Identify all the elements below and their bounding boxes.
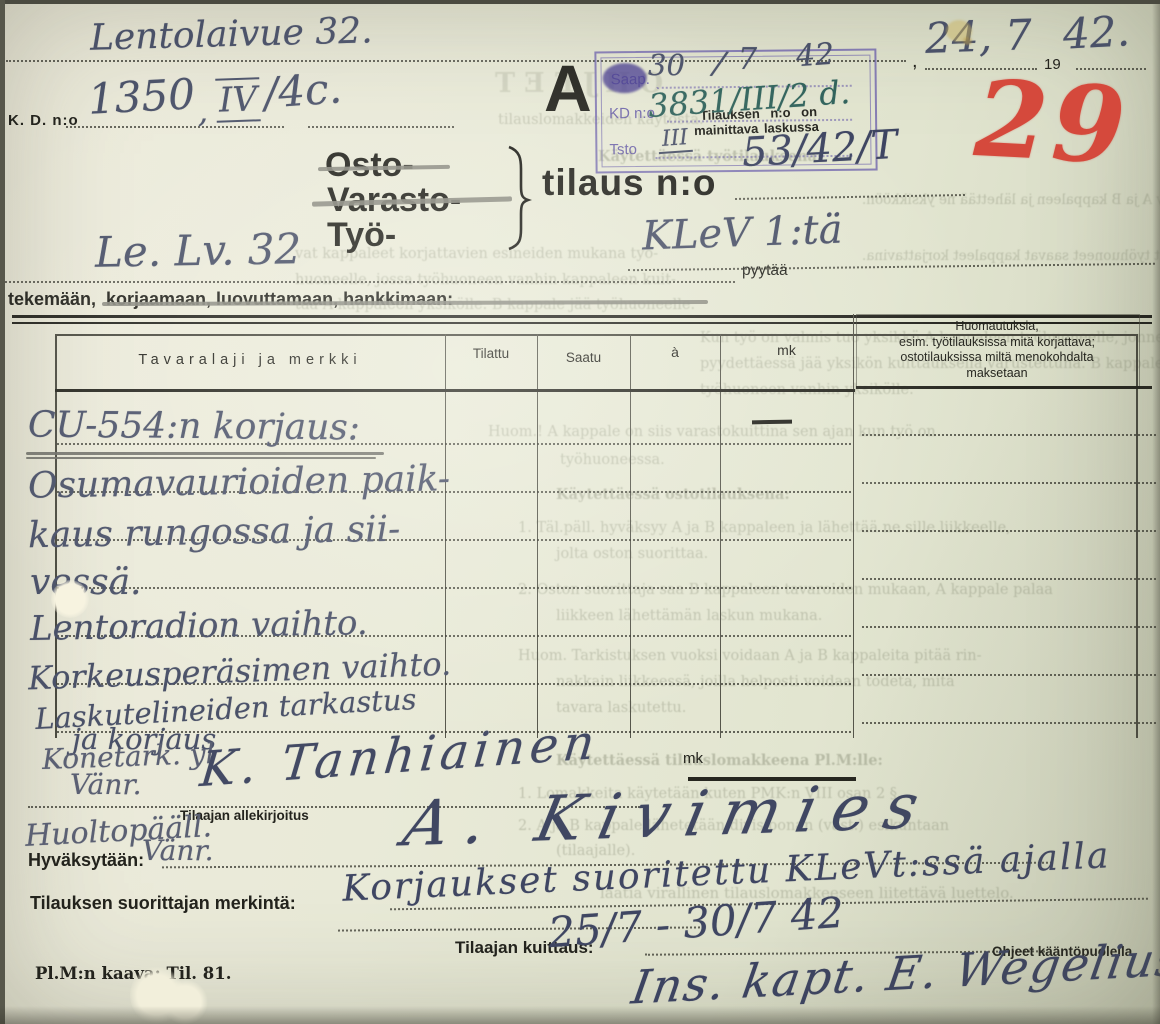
col-mk-header: mk [720, 342, 853, 358]
col-a-header: à [630, 344, 720, 360]
bleed-line: nakkain liikkeessä, joilla helposti void… [556, 674, 955, 690]
orderer-rank-handwritten: Vänr. [70, 768, 142, 801]
entry-title-handwritten: CU-554:n korjaus: [28, 405, 360, 449]
kd-line1 [66, 126, 284, 128]
kd-roman-handwritten: IV [215, 77, 260, 123]
entry-line-handwritten: kaus rungossa ja sii- [28, 509, 401, 556]
target-handwritten: KLeV 1:tä [641, 207, 843, 260]
bleed-line: Käytettäessä tilauslomakkeena Pl.M:lle: [556, 752, 883, 769]
col-line-5 [853, 314, 854, 738]
bleed-line: Huom.! A kappale on siis varastokuittina… [488, 424, 936, 440]
remarks-row-line [862, 482, 1156, 484]
scan-edge-top [0, 0, 1160, 4]
entry-title-underline2 [26, 457, 376, 459]
remarks-header-l1: Huomautuksia, [858, 319, 1136, 335]
comma-printed: , [912, 50, 918, 73]
stamp-tsto-label: Tsto [609, 141, 637, 158]
scan-edge-left [0, 0, 5, 1024]
table-right-border [1136, 334, 1138, 738]
kd-label: K. D. n:o [8, 112, 79, 129]
punch-hole [162, 980, 208, 1024]
col-item-header: Tavaralaji ja merkki [55, 352, 445, 368]
kd-separator: , [198, 92, 208, 130]
pyytaa-label: pyytää [742, 262, 788, 280]
row-line [57, 587, 851, 589]
stamp-tsto-value-handwritten: III [657, 125, 693, 154]
col-line-3 [630, 334, 631, 738]
paper-stain [963, 37, 972, 45]
stamp-year-handwritten: 42 [795, 37, 836, 75]
remarks-header-l4: maksetaan [858, 366, 1136, 382]
kd-rest-handwritten: /4c. [262, 63, 343, 117]
col-line-2 [537, 334, 538, 738]
bleed-line: 2. Oston suorittaja saa B kappaleen tava… [518, 582, 1053, 598]
bleed-line: huoneelle, jossa työhuoneen vanhin kappa… [295, 272, 676, 288]
col-line-4 [720, 334, 721, 738]
kd-line2 [308, 126, 454, 128]
ink-dash [752, 420, 792, 425]
remarks-row-line [862, 530, 1156, 532]
approver-rank-handwritten: Vänr. [142, 834, 214, 867]
verbs-struck: korjaamaan, luovuttamaan, hankkimaan: [106, 289, 453, 310]
mk-total-label: mk [683, 750, 703, 767]
punch-hole [51, 580, 89, 618]
bleed-line: tavara laskutettu. [556, 700, 686, 716]
remarks-header-l3: ostotilauksissa miltä menokohdalta [858, 350, 1136, 366]
bleed-line: 2. Vastaanottavat työhuoneet saavat kapp… [862, 248, 1160, 264]
unit-handwritten: Lentolaivue 32. [90, 10, 374, 58]
bleed-line: työhuoneessa. [560, 452, 665, 468]
target-line [628, 263, 1155, 271]
bleed-line: Huom. Tarkistuksen vuoksi voidaan A ja B… [518, 648, 982, 664]
approve-label: Hyväksytään: [28, 850, 144, 871]
bleed-line: jolta oston suorittaa. [556, 546, 708, 562]
remarks-header-l2: esim. työtilauksissa mitä korjattava; [858, 335, 1136, 351]
stamp-day-handwritten: 30 [648, 48, 685, 82]
performer-label: Tilauksen suorittajan merkintä: [30, 893, 296, 914]
col-saatu-header: Saatu [537, 350, 630, 365]
remarks-header: Huomautuksia, esim. työtilauksissa mitä … [858, 319, 1136, 381]
remarks-row-line [862, 674, 1156, 676]
remarks-row-line [862, 626, 1156, 628]
remarks-row-line [862, 578, 1156, 580]
header-underline [55, 389, 855, 392]
remarks-row-line [862, 722, 1156, 724]
entry-title-underline1 [26, 452, 384, 455]
scanned-work-order-form: OHJEET tilauslomakkeiden käytöstä. Käyte… [0, 0, 1160, 1024]
copy-letter: A [544, 50, 592, 126]
col-tilattu-header: Tilattu [445, 346, 537, 361]
remarks-row-line [862, 434, 1156, 436]
kd-number-handwritten: 1350 [87, 69, 196, 124]
date-handwritten: 24, 7 [924, 10, 1033, 63]
order-type-tyo: Työ- [327, 216, 396, 255]
year-handwritten: 42. [1062, 6, 1131, 58]
remarks-header-underline [856, 386, 1152, 389]
scan-edge-right [1152, 0, 1160, 1024]
bleed-line: 1. Täl.päll. hyväksyy A ja B kappaleen j… [518, 520, 1011, 536]
bleed-line: liikkeen lähettämän laskun mukana. [556, 608, 822, 624]
stamp-month-handwritten: 7 [738, 42, 757, 77]
red-index-number: 29 [972, 56, 1132, 188]
entry-line-handwritten: Osumavaurioiden paik- [28, 458, 451, 506]
bleed-line: Käytettäessä ostotilauksena: [556, 486, 790, 503]
pyytaa-line [5, 281, 735, 283]
verb-kept: tekemään, [8, 289, 96, 310]
requester-handwritten: Le. Lv. 32 [95, 224, 302, 277]
